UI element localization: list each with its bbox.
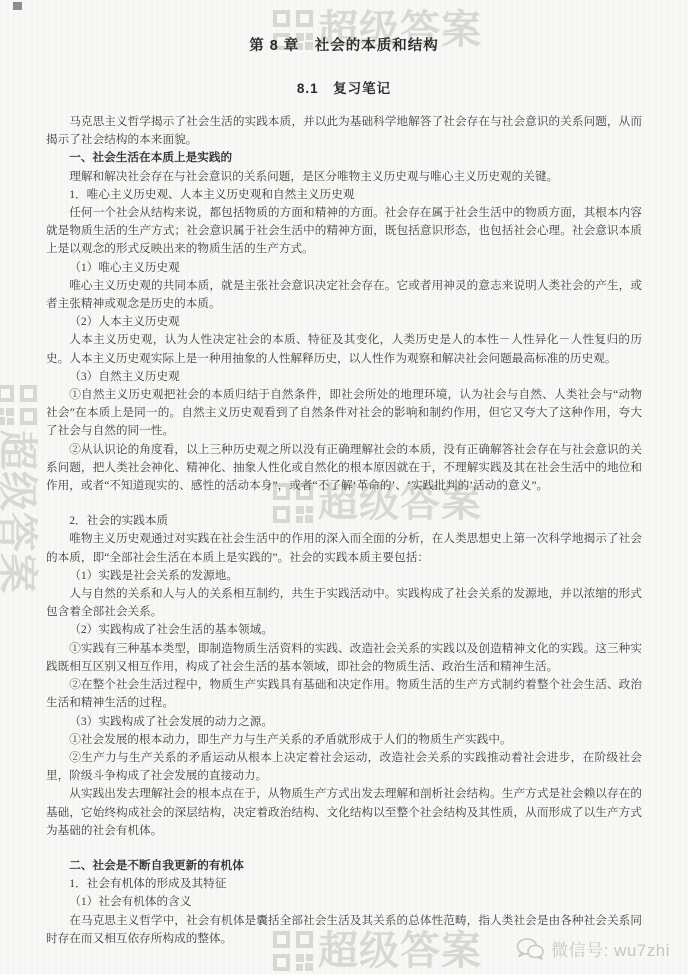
paragraph: 二、社会是不断自我更新的有机体 <box>46 857 642 875</box>
paragraph: ②从认识论的角度看，以上三种历史观之所以没有正确理解社会的本质，没有正确解答社会… <box>46 441 642 496</box>
paragraph: ②生产力与生产关系的矛盾运动从根本上决定着社会运动，改造社会关系的实践推动着社会… <box>46 749 642 785</box>
paragraph: （3）自然主义历史观 <box>46 368 642 386</box>
wechat-contact: 微信号: wu7zhi <box>516 936 670 961</box>
wechat-id-label: 微信号: wu7zhi <box>551 936 670 961</box>
document-page: 超级答案 超级答案 超级 <box>0 0 688 974</box>
paragraph: （1）实践是社会关系的发源地。 <box>46 567 642 585</box>
wechat-icon <box>516 937 544 961</box>
paragraph: （2）实践构成了社会生活的基本领域。 <box>46 621 642 639</box>
paragraph: （1）唯心主义历史观 <box>46 259 642 277</box>
paragraph: （1）社会有机体的含义 <box>46 893 642 911</box>
paragraph: 唯心主义历史观的共同本质，就是主张社会意识决定社会存在。它或者用神灵的意志来说明… <box>46 277 642 313</box>
watermark-text: 超级答案 <box>0 430 39 594</box>
paragraph: 唯物主义历史观通过对实践在社会生活中的作用的深入而全面的分析，在人类思想史上第一… <box>46 530 642 566</box>
section-title: 8.1 复习笔记 <box>46 77 642 97</box>
paragraph: 一、社会生活在本质上是实践的 <box>46 149 642 167</box>
paragraph: 理解和解决社会存在与社会意识的关系问题，是区分唯物主义历史观与唯心主义历史观的关… <box>46 168 642 186</box>
paragraph: ①实践有三种基本类型，即制造物质生活资料的实践、改造社会关系的实践以及创造精神文… <box>46 640 642 676</box>
paragraph: 1．社会有机体的形成及其特征 <box>46 875 642 893</box>
document-content: 第 8 章 社会的本质和结构 8.1 复习笔记 马克思主义哲学揭示了社会生活的实… <box>46 30 642 948</box>
paragraph: ①自然主义历史观把社会的本质归结于自然条件，即社会所处的地理环境，认为社会与自然… <box>46 386 642 441</box>
paragraph: 2．社会的实践本质 <box>46 512 642 530</box>
paragraph: ①社会发展的根本动力，即生产力与生产关系的矛盾就形成于人们的物质生产实践中。 <box>46 731 642 749</box>
superanswer-logo-icon <box>0 384 38 426</box>
paragraph: 马克思主义哲学揭示了社会生活的实践本质，并以此为基础科学地解答了社会存在与社会意… <box>46 113 642 149</box>
chapter-title: 第 8 章 社会的本质和结构 <box>46 34 642 55</box>
paragraph <box>46 495 642 512</box>
paragraph: 人与自然的关系和人与人的关系相互制约，共生于实践活动中。实践构成了社会关系的发源… <box>46 585 642 621</box>
paragraph: 1．唯心主义历史观、人本主义历史观和自然主义历史观 <box>46 186 642 204</box>
scan-artifact <box>13 2 22 10</box>
paragraph: 从实践出发去理解社会的根本点在于，从物质生产方式出发去理解和剖析社会结构。生产方… <box>46 785 642 840</box>
watermark-left: 超级答案 <box>0 384 39 596</box>
paragraph: （2）人本主义历史观 <box>46 313 642 331</box>
body-text: 马克思主义哲学揭示了社会生活的实践本质，并以此为基础科学地解答了社会存在与社会意… <box>46 113 642 948</box>
paragraph: （3）实践构成了社会发展的动力之源。 <box>46 713 642 731</box>
paragraph: 任何一个社会从结构来说，都包括物质的方面和精神的方面。社会存在属于社会生活中的物… <box>46 204 642 259</box>
paragraph: ②在整个社会生活过程中，物质生产实践具有基础和决定作用。物质生活的生产方式制约着… <box>46 676 642 712</box>
paragraph <box>46 840 642 857</box>
paragraph: 人本主义历史观，认为人性决定社会的本质、特征及其变化，人类历史是人的本性－人性异… <box>46 331 642 367</box>
